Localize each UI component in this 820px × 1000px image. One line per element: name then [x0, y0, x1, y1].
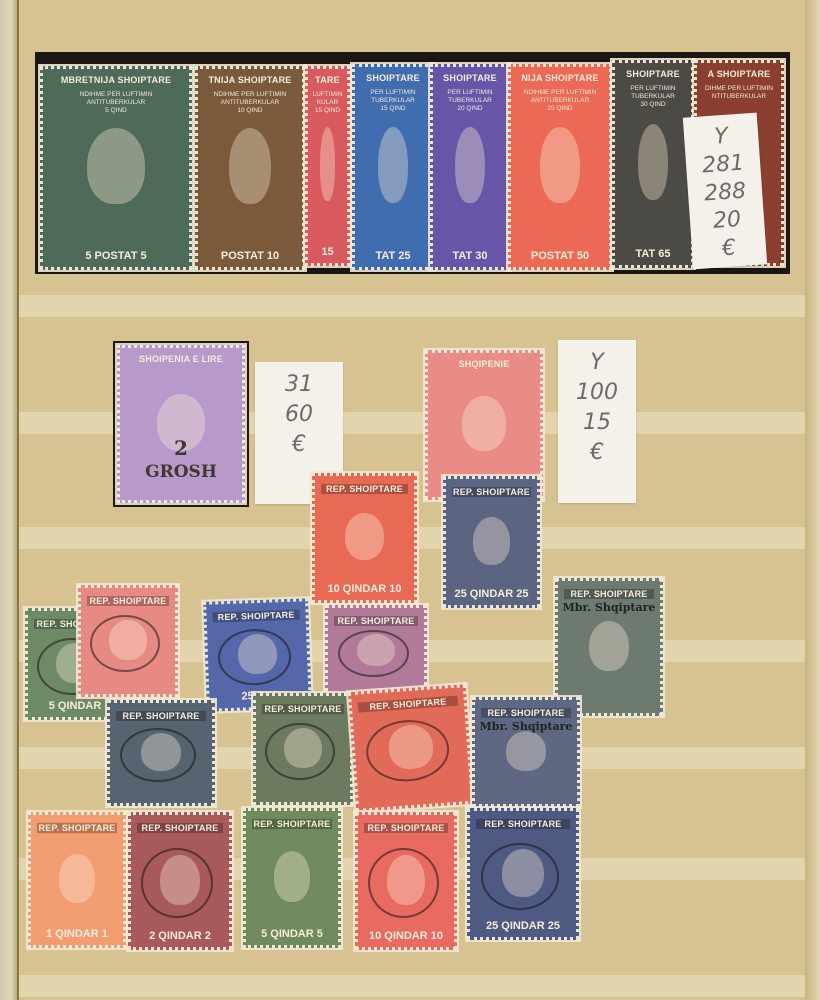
stock-strip [19, 295, 805, 317]
stamp-surcharge-currency: GROSH [120, 462, 242, 482]
stamp: REP. SHOIPTARE10 QINDAR 10 [355, 812, 457, 950]
note-line: € [691, 232, 767, 265]
stamp-denomination: TAT 65 [615, 248, 691, 260]
portrait [589, 621, 630, 671]
stamp: SHOIPENIA E LIRE2GROSH [117, 345, 245, 503]
stamp: REP. SHOIPTARE [253, 693, 353, 805]
stamp-subtitle: PER LUFTIMIN TUBERKULAR 20 QIND [433, 89, 507, 113]
stamp-denomination: POSTAT 10 [198, 250, 302, 262]
stamp: REP. SHOIPTARE [325, 605, 427, 697]
postmark-cancel [338, 630, 409, 677]
album-binder-edge [0, 0, 18, 1000]
stamp-denomination: 25 QINDAR 25 [446, 588, 537, 600]
stamp-denomination: 25 QINDAR 25 [470, 920, 576, 932]
stamp: REP. SHOIPTARE25 QINDAR 25 [467, 808, 579, 940]
stamp-overprint: Mbr. Shqiptare [475, 720, 577, 733]
portrait [638, 124, 668, 201]
portrait [540, 127, 579, 203]
postmark-cancel [120, 728, 195, 782]
stamp-title: A SHOIPTARE [697, 69, 781, 79]
stamp-denomination: 5 QINDAR 5 [246, 928, 338, 940]
stamp-title: SHOIPENIA E LIRE [120, 354, 242, 364]
note-line: 100 [558, 378, 636, 408]
note-line: 15 [558, 408, 636, 438]
stamp-subtitle: NDIHME PER LUFTIMIN ANTITUBERKULAR 10 QI… [198, 91, 302, 115]
stamp-denomination: POSTAT 50 [511, 250, 609, 262]
stamp: REP. SHOIPTARE [107, 700, 215, 806]
stamp: REP. SHOIPTARE2 QINDAR 2 [128, 812, 232, 950]
stamp-title: MBRETNIJA SHOIPTARE [43, 75, 189, 85]
stamp-overprint: Mbr. Shqiptare [558, 601, 660, 614]
stamp-denomination: 2 QINDAR 2 [131, 930, 229, 942]
stamp-title: SHOIPTARE [615, 69, 691, 79]
portrait [274, 851, 311, 902]
stamp-denomination: TAT 30 [433, 250, 507, 262]
price-note: Y28128820€ [683, 113, 767, 270]
stamp-title: REP. SHOIPTARE [137, 823, 223, 833]
stamp-title: REP. SHOIPTARE [481, 708, 571, 718]
stamp-title: REP. SHOIPTARE [116, 711, 206, 721]
stamp: REP. SHOIPTARE1 QINDAR 1 [28, 812, 126, 948]
stamp-title: SHOIPTARE [433, 73, 507, 83]
stamp: REP. SHOIPTARE25 QINDAR 25 [443, 476, 540, 608]
portrait [473, 517, 509, 565]
stamp-denomination: 10 QINDAR 10 [315, 583, 414, 595]
note-line: € [558, 438, 636, 468]
stamp: TARELUFTIMIN KULAR 15 QIND15 [305, 66, 350, 266]
portrait [506, 731, 547, 771]
stamp-title: SHQIPENIE [428, 359, 540, 369]
stamp-subtitle: PER LUFTIMIN TUBERKULAR 15 QIND [355, 89, 431, 113]
stamp-denomination: 5 POSTAT 5 [43, 250, 189, 262]
portrait [455, 127, 485, 203]
postmark-cancel [141, 848, 214, 918]
stamp-denomination: 10 QINDAR 10 [358, 930, 454, 942]
stamp-subtitle: LUFTIMIN KULAR 15 QIND [308, 91, 347, 115]
stamp: SHOIPTAREPER LUFTIMIN TUBERKULAR 15 QIND… [352, 64, 434, 270]
stamp-title: REP. SHOIPTARE [252, 819, 332, 829]
stamp: NIJA SHOIPTARENDIHME PER LUFTIMIN ANTITU… [508, 64, 612, 270]
stamp: MBRETNIJA SHOIPTARENDIHME PER LUFTIMIN A… [40, 66, 192, 270]
stamp-title: REP. SHOIPTARE [87, 596, 169, 606]
stamp-title: REP. SHOIPTARE [37, 823, 117, 833]
portrait [462, 396, 507, 451]
stamp-title: REP. SHOIPTARE [452, 487, 531, 497]
stamp-title: TNIJA SHOIPTARE [198, 75, 302, 85]
stamp-title: REP. SHOIPTARE [212, 610, 299, 623]
page-right-edge [805, 0, 820, 1000]
portrait [87, 128, 145, 203]
price-note: Y10015€ [558, 340, 636, 503]
stamp-denomination: 15 [308, 246, 347, 258]
postmark-cancel [217, 628, 292, 687]
stamp-subtitle: NDIHME PER LUFTIMIN ANTITUBERKULAR 5 QIN… [43, 91, 189, 115]
stamp: REP. SHOIPTAREMbr. Shqiptare [472, 697, 580, 807]
stamp-title: TARE [308, 75, 347, 85]
stamp-title: REP. SHOIPTARE [364, 823, 448, 833]
stamp-subtitle: NDIHME PER LUFTIMIN ANTITUBERKULAR 25 QI… [511, 89, 609, 113]
stamp-title: REP. SHOIPTARE [262, 704, 344, 714]
stamp: REP. SHOIPTARE10 QINDAR 10 [312, 473, 417, 603]
postmark-cancel [368, 848, 439, 918]
stamp: REP. SHOIPTARE5 QINDAR 5 [243, 808, 341, 948]
stamp-title: REP. SHOIPTARE [476, 819, 570, 829]
stamp-title: REP. SHOIPTARE [358, 696, 458, 713]
stamp: SHOIPTAREPER LUFTIMIN TUBERKULAR 30 QIND… [612, 60, 694, 268]
stamp: SHOIPTAREPER LUFTIMIN TUBERKULAR 20 QIND… [430, 64, 510, 270]
stamp-title: REP. SHOIPTARE [564, 589, 654, 599]
stock-strip [19, 975, 805, 997]
stamp: TNIJA SHOIPTARENDIHME PER LUFTIMIN ANTIT… [195, 66, 305, 270]
stamp-subtitle: DIHME PER LUFTIMIN NTITUBERKULAR [697, 85, 781, 101]
stamp-denomination: TAT 25 [355, 250, 431, 262]
stamp-title: REP. SHOIPTARE [334, 616, 418, 626]
stamp-surcharge-value: 2 [120, 436, 242, 460]
portrait [378, 127, 408, 203]
postmark-cancel [265, 723, 335, 780]
note-line: Y [558, 348, 636, 378]
stamp-title: SHOIPTARE [355, 73, 431, 83]
postmark-cancel [481, 843, 559, 910]
stamp-subtitle: PER LUFTIMIN TUBERKULAR 30 QIND [615, 85, 691, 109]
portrait [345, 513, 385, 560]
note-line: 31 [255, 370, 343, 400]
postmark-cancel [364, 717, 450, 784]
stamp-title: NIJA SHOIPTARE [511, 73, 609, 83]
portrait [320, 127, 336, 201]
portrait [59, 854, 96, 903]
stamp: REP. SHOIPTAREMbr. Shqiptare [555, 578, 663, 716]
note-line: 60 [255, 400, 343, 430]
stamp-denomination: 1 QINDAR 1 [31, 928, 123, 940]
stamp: REP. SHOIPTARE [78, 585, 178, 697]
portrait [229, 128, 271, 203]
stamp: REP. SHOIPTARE [348, 684, 474, 812]
note-line: € [255, 430, 343, 460]
stamp-title: REP. SHOIPTARE [321, 484, 408, 494]
postmark-cancel [90, 615, 160, 672]
